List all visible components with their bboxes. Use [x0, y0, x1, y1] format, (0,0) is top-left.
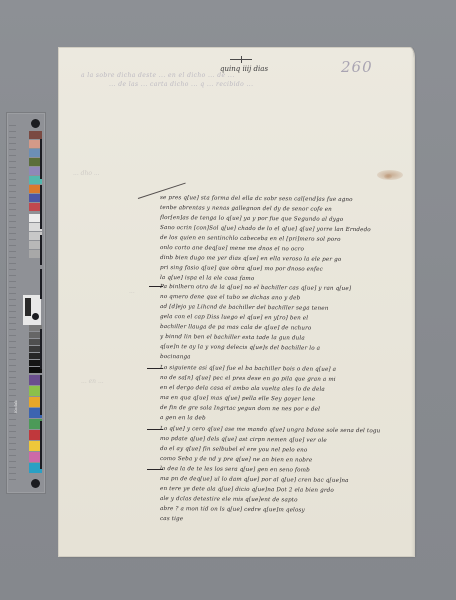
scale-bar [40, 375, 42, 415]
paragraph-4: Lo q[ue] y cero q[ue] ase me mando q[ue]… [160, 424, 410, 524]
cross-mark [230, 59, 252, 60]
scale-bar [40, 421, 42, 469]
paragraph-1: se pres q[ue] sta forma del ella dc sobr… [160, 193, 410, 283]
paragraph-2: Pa binlhern otro de la q[ue] no el bachi… [160, 282, 410, 362]
bleed-through-line: a la sobre dicha deste ... en el dicho .… [81, 72, 235, 79]
target-brand-label: Kodak [13, 400, 18, 413]
margin-note: ... [129, 288, 135, 295]
color-swatch [29, 131, 42, 139]
registration-dot-bottom [31, 479, 40, 488]
scale-bar [40, 185, 42, 229]
foxing-stain [384, 174, 392, 179]
manuscript-line: cas tige [160, 514, 410, 527]
registration-dot-middle [32, 313, 39, 320]
manuscript-leaf: quinq iiij dias 260 a la sobre dicha des… [59, 48, 414, 556]
folio-number: 260 [341, 58, 373, 76]
scale-bar [40, 235, 42, 265]
target-logo-box [23, 295, 41, 325]
paragraph-3: Lo siguiente asi q[ue] fue el ba bachill… [160, 363, 410, 423]
ruler-scale [9, 125, 16, 480]
color-calibration-target: Kodak [6, 112, 46, 494]
bleed-through-line: ... de las ... carta dicho ... q ... rec… [109, 81, 253, 88]
scale-bar [40, 329, 42, 369]
scale-bar [40, 139, 42, 179]
margin-note: ... dho ... [73, 170, 100, 177]
registration-dot-top [31, 119, 40, 128]
scale-bar [40, 269, 42, 299]
margin-note: ... en ... [81, 378, 104, 385]
